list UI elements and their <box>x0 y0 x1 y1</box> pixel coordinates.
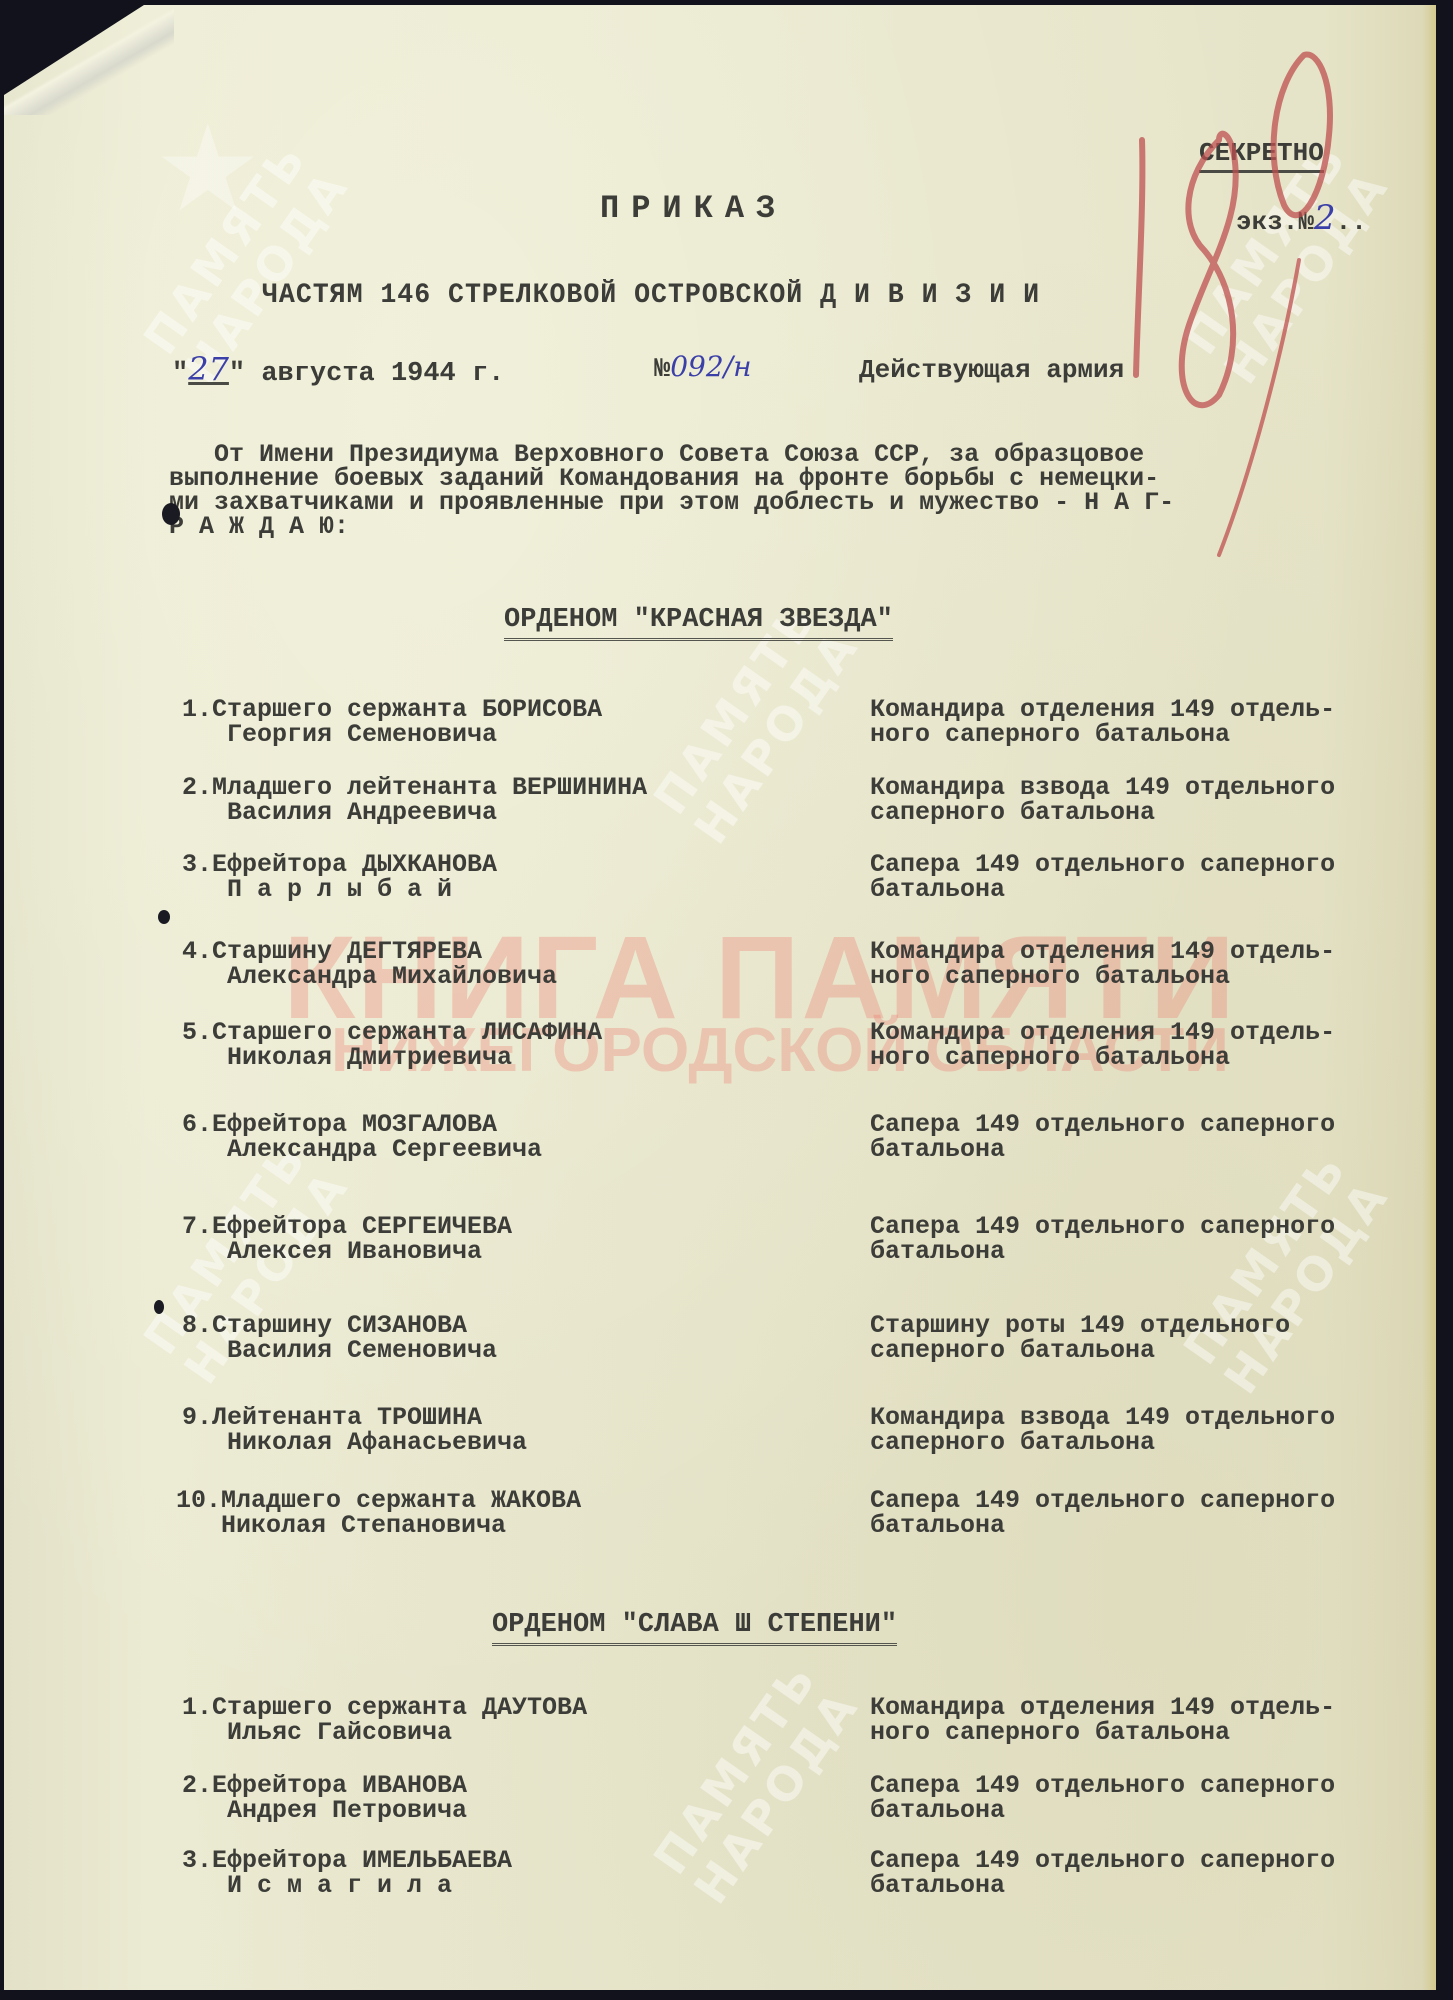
order-date: "27" августа 1944 г. <box>172 350 504 389</box>
awardee-name: 10.Младшего сержанта ЖАКОВА Николая Степ… <box>176 1488 581 1538</box>
awardee-name: 2.Ефрейтора ИВАНОВА Андрея Петровича <box>182 1773 467 1823</box>
classification-stamp: СЕКРЕТНО <box>1199 138 1324 173</box>
awardee-entry: 2.Младшего лейтенанта ВЕРШИНИНА Василия … <box>4 775 1436 835</box>
section-heading-red-star: ОРДЕНОМ "КРАСНАЯ ЗВЕЗДА" <box>504 605 893 641</box>
awardee-entry: 7.Ефрейтора СЕРГЕИЧЕВА Алексея Ивановича… <box>4 1214 1436 1274</box>
document-subtitle: ЧАСТЯМ 146 СТРЕЛКОВОЙ ОСТРОВСКОЙ Д И В И… <box>262 280 1040 311</box>
copy-number-handwritten: 2 <box>1314 198 1336 238</box>
awardee-position: Старшину роты 149 отдельного саперного б… <box>870 1313 1290 1363</box>
order-number-handwritten: 092/н <box>670 350 751 383</box>
document-page: ★ ПАМЯТЬ НАРОДА ПАМЯТЬ НАРОДА ПАМЯТЬ НАР… <box>4 5 1436 1990</box>
awardee-entry: 1.Старшего сержанта ДАУТОВА Ильяс Гайсов… <box>4 1695 1436 1755</box>
order-number: №092/н <box>654 350 752 385</box>
ink-blot <box>158 910 170 924</box>
awardee-entry: 5.Старшего сержанта ЛИСАФИНА Николая Дми… <box>4 1020 1436 1080</box>
order-number-label: № <box>654 355 670 385</box>
awardee-position: Командира отделения 149 отдель- ного сап… <box>870 1695 1335 1745</box>
document-title: ПРИКАЗ <box>600 190 787 227</box>
awardee-position: Сапера 149 отдельного саперного батальон… <box>870 1488 1335 1538</box>
awardee-entry: 3.Ефрейтора ДЫХКАНОВА П а р л ы б а йСап… <box>4 852 1436 912</box>
awardee-position: Сапера 149 отдельного саперного батальон… <box>870 1848 1335 1898</box>
awardee-entry: 6.Ефрейтора МОЗГАЛОВА Александра Сергеев… <box>4 1112 1436 1172</box>
awardee-name: 3.Ефрейтора ДЫХКАНОВА П а р л ы б а й <box>182 852 497 902</box>
awardee-position: Сапера 149 отдельного саперного батальон… <box>870 1112 1335 1162</box>
ink-blot <box>162 503 180 525</box>
awardee-name: 3.Ефрейтора ИМЕЛЬБАЕВА И с м а г и л а <box>182 1848 512 1898</box>
awardee-name: 5.Старшего сержанта ЛИСАФИНА Николая Дми… <box>182 1020 602 1070</box>
awardee-entry: 8.Старшину СИЗАНОВА Василия СеменовичаСт… <box>4 1313 1436 1373</box>
preamble-line: Р А Ж Д А Ю: <box>169 515 1419 539</box>
awardee-name: 2.Младшего лейтенанта ВЕРШИНИНА Василия … <box>182 775 647 825</box>
awardee-position: Командира взвода 149 отдельного саперног… <box>870 775 1335 825</box>
awardee-name: 4.Старшину ДЕГТЯРЕВА Александра Михайлов… <box>182 939 557 989</box>
awardee-position: Командира отделения 149 отдель- ного сап… <box>870 939 1335 989</box>
awardee-name: 6.Ефрейтора МОЗГАЛОВА Александра Сергеев… <box>182 1112 542 1162</box>
awardee-entry: 2.Ефрейтора ИВАНОВА Андрея ПетровичаСапе… <box>4 1773 1436 1833</box>
awardee-entry: 4.Старшину ДЕГТЯРЕВА Александра Михайлов… <box>4 939 1436 999</box>
awardee-position: Командира отделения 149 отдель- ного сап… <box>870 1020 1335 1070</box>
date-day-handwritten: 27 <box>188 350 229 388</box>
preamble-line: ми захватчиками и проявленные при этом д… <box>169 491 1419 515</box>
copy-number: экз.№2.. <box>1236 198 1367 238</box>
awardee-position: Командира отделения 149 отдель- ного сап… <box>870 697 1335 747</box>
date-month-year: августа 1944 г. <box>261 359 504 389</box>
awardee-position: Сапера 149 отдельного саперного батальон… <box>870 852 1335 902</box>
awardee-entry: 1.Старшего сержанта БОРИСОВА Георгия Сем… <box>4 697 1436 757</box>
preamble: От Имени Президиума Верховного Совета Со… <box>169 443 1419 539</box>
section-heading-glory-3rd: ОРДЕНОМ "СЛАВА Ш СТЕПЕНИ" <box>492 1610 897 1646</box>
awardee-entry: 3.Ефрейтора ИМЕЛЬБАЕВА И с м а г и л аСа… <box>4 1848 1436 1908</box>
awardee-entry: 9.Лейтенанта ТРОШИНА Николая Афанасьевич… <box>4 1405 1436 1465</box>
awardee-name: 1.Старшего сержанта БОРИСОВА Георгия Сем… <box>182 697 602 747</box>
awardee-position: Сапера 149 отдельного саперного батальон… <box>870 1214 1335 1264</box>
awardee-name: 8.Старшину СИЗАНОВА Василия Семеновича <box>182 1313 497 1363</box>
location-line: Действующая армия <box>859 355 1124 385</box>
folded-corner <box>4 5 174 115</box>
awardee-name: 9.Лейтенанта ТРОШИНА Николая Афанасьевич… <box>182 1405 527 1455</box>
ink-blot <box>154 1300 164 1314</box>
copy-label: экз.№ <box>1236 207 1314 237</box>
awardee-entry: 10.Младшего сержанта ЖАКОВА Николая Степ… <box>4 1488 1436 1548</box>
awardee-position: Сапера 149 отдельного саперного батальон… <box>870 1773 1335 1823</box>
awardee-name: 1.Старшего сержанта ДАУТОВА Ильяс Гайсов… <box>182 1695 587 1745</box>
awardee-name: 7.Ефрейтора СЕРГЕИЧЕВА Алексея Ивановича <box>182 1214 512 1264</box>
awardee-position: Командира взвода 149 отдельного саперног… <box>870 1405 1335 1455</box>
